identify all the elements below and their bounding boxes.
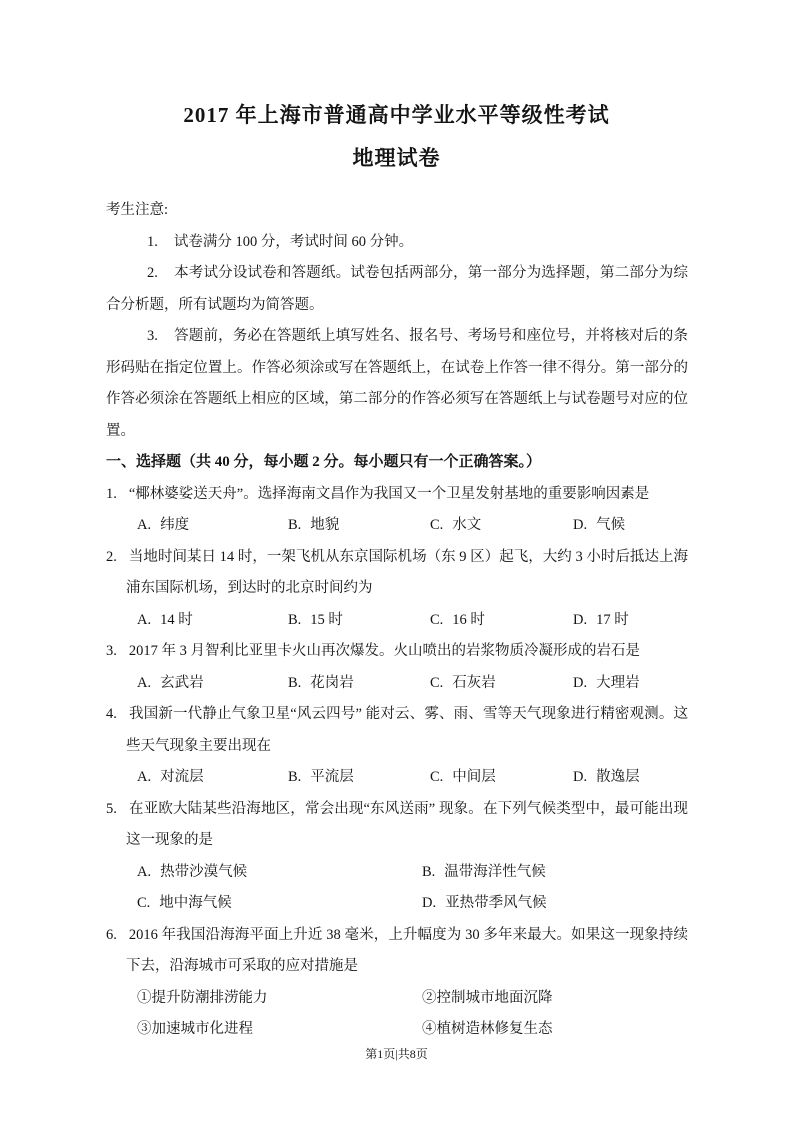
question-stem: 2016 年我国沿海海平面上升近 38 毫米，上升幅度为 30 多年来最大。如果…: [126, 927, 688, 975]
option-text: 散逸层: [596, 769, 640, 785]
option-label: B.: [288, 769, 301, 785]
option-text: 14 时: [160, 612, 193, 628]
option: D.大理岩: [573, 668, 688, 700]
option: D.气候: [573, 510, 688, 542]
option-text: 平流层: [310, 769, 354, 785]
question: 2.当地时间某日 14 时，一架飞机从东京国际机场（东 9 区）起飞，大约 3 …: [106, 542, 688, 637]
option-text: 对流层: [160, 769, 204, 785]
section-heading: 一、选择题（共 40 分，每小题 2 分。每小题只有一个正确答案。）: [106, 447, 688, 479]
question-number: 4.: [106, 706, 117, 722]
option: ②控制城市地面沉降: [422, 983, 688, 1015]
option: ③加速城市化进程: [137, 1014, 422, 1046]
option: A.热带沙漠气候: [137, 857, 422, 889]
option-text: 热带沙漠气候: [160, 864, 247, 880]
question: 5.在亚欧大陆某些沿海地区，常会出现“东风送雨” 现象。在下列气候类型中，最可能…: [106, 794, 688, 920]
option: B.花岗岩: [288, 668, 430, 700]
option: B.15 时: [288, 605, 430, 637]
option-text: 16 时: [452, 612, 485, 628]
notice-number: 1.: [147, 234, 158, 250]
option-text: 大理岩: [596, 675, 640, 691]
option: C.地中海气候: [137, 888, 422, 920]
option: ④植树造林修复生态: [422, 1014, 688, 1046]
option-label: D.: [573, 675, 587, 691]
option-text: ②控制城市地面沉降: [422, 990, 553, 1006]
option-label: A.: [137, 864, 151, 880]
options-row: A.热带沙漠气候B.温带海洋性气候C.地中海气候D.亚热带季风气候: [106, 857, 688, 920]
option-label: B.: [288, 517, 301, 533]
option: C.中间层: [430, 762, 573, 794]
option-label: B.: [288, 612, 301, 628]
question-text: 4.我国新一代静止气象卫星“风云四号” 能对云、雾、雨、雪等天气现象进行精密观测…: [106, 699, 688, 762]
options-row: A.玄武岩B.花岗岩C.石灰岩D.大理岩: [106, 668, 688, 700]
option: D.亚热带季风气候: [422, 888, 688, 920]
options-row: ①提升防潮排涝能力②控制城市地面沉降③加速城市化进程④植树造林修复生态: [106, 983, 688, 1046]
question-stem: 2017 年 3 月智利比亚里卡火山再次爆发。火山喷出的岩浆物质冷凝形成的岩石是: [129, 643, 640, 659]
notice-text: 答题前，务必在答题纸上填写姓名、报名号、考场号和座位号，并将核对后的条形码贴在指…: [106, 328, 688, 439]
notice-item: 2.本考试分设试卷和答题纸。试卷包括两部分，第一部分为选择题，第二部分为综合分析…: [106, 258, 688, 321]
option-label: A.: [137, 612, 151, 628]
option: C.石灰岩: [430, 668, 573, 700]
option-label: A.: [137, 675, 151, 691]
option-text: 17 时: [596, 612, 629, 628]
question: 4.我国新一代静止气象卫星“风云四号” 能对云、雾、雨、雪等天气现象进行精密观测…: [106, 699, 688, 794]
notice-text: 本考试分设试卷和答题纸。试卷包括两部分，第一部分为选择题，第二部分为综合分析题，…: [106, 265, 688, 313]
option-text: 石灰岩: [452, 675, 496, 691]
question-text: 3.2017 年 3 月智利比亚里卡火山再次爆发。火山喷出的岩浆物质冷凝形成的岩…: [106, 636, 688, 668]
question-number: 1.: [106, 486, 117, 502]
option-text: 纬度: [160, 517, 189, 533]
question: 3.2017 年 3 月智利比亚里卡火山再次爆发。火山喷出的岩浆物质冷凝形成的岩…: [106, 636, 688, 699]
option: C.水文: [430, 510, 573, 542]
question-stem: “椰林婆娑送天舟”。选择海南文昌作为我国又一个卫星发射基地的重要影响因素是: [129, 486, 649, 502]
option-label: C.: [430, 769, 443, 785]
options-row: A.14 时B.15 时C.16 时D.17 时: [106, 605, 688, 637]
question-text: 5.在亚欧大陆某些沿海地区，常会出现“东风送雨” 现象。在下列气候类型中，最可能…: [106, 794, 688, 857]
option: A.14 时: [137, 605, 288, 637]
notices-heading: 考生注意:: [106, 195, 688, 227]
notice-text: 试卷满分 100 分，考试时间 60 分钟。: [174, 234, 413, 250]
notice-item: 3.答题前，务必在答题纸上填写姓名、报名号、考场号和座位号，并将核对后的条形码贴…: [106, 321, 688, 447]
option-text: 地貌: [310, 517, 339, 533]
question-text: 2.当地时间某日 14 时，一架飞机从东京国际机场（东 9 区）起飞，大约 3 …: [106, 542, 688, 605]
option: B.地貌: [288, 510, 430, 542]
option: ①提升防潮排涝能力: [137, 983, 422, 1015]
option-text: ①提升防潮排涝能力: [137, 990, 268, 1006]
option-label: D.: [573, 612, 587, 628]
option-label: A.: [137, 517, 151, 533]
question-stem: 当地时间某日 14 时，一架飞机从东京国际机场（东 9 区）起飞，大约 3 小时…: [126, 549, 688, 597]
questions-list: 1.“椰林婆娑送天舟”。选择海南文昌作为我国又一个卫星发射基地的重要影响因素是A…: [106, 479, 688, 1046]
option-text: 气候: [596, 517, 625, 533]
question-text: 1.“椰林婆娑送天舟”。选择海南文昌作为我国又一个卫星发射基地的重要影响因素是: [106, 479, 688, 511]
option: D.散逸层: [573, 762, 688, 794]
option-text: 温带海洋性气候: [444, 864, 546, 880]
exam-subtitle: 地理试卷: [0, 143, 793, 173]
notice-number: 3.: [147, 328, 158, 344]
exam-title: 2017 年上海市普通高中学业水平等级性考试: [0, 0, 793, 130]
option-text: 玄武岩: [160, 675, 204, 691]
notices-list: 1.试卷满分 100 分，考试时间 60 分钟。2.本考试分设试卷和答题纸。试卷…: [106, 227, 688, 448]
option-label: D.: [573, 769, 587, 785]
page-number: 第1页|共8页: [0, 1044, 793, 1064]
options-row: A.对流层B.平流层C.中间层D.散逸层: [106, 762, 688, 794]
option: D.17 时: [573, 605, 688, 637]
option-text: 中间层: [452, 769, 496, 785]
exam-body: 考生注意: 1.试卷满分 100 分，考试时间 60 分钟。2.本考试分设试卷和…: [106, 195, 688, 1046]
option-label: C.: [430, 675, 443, 691]
question-number: 3.: [106, 643, 117, 659]
option-text: 亚热带季风气候: [445, 895, 547, 911]
exam-page: 2017 年上海市普通高中学业水平等级性考试 地理试卷 考生注意: 1.试卷满分…: [0, 0, 793, 1122]
option-text: 15 时: [310, 612, 343, 628]
option-label: C.: [430, 517, 443, 533]
option: A.纬度: [137, 510, 288, 542]
option-text: 花岗岩: [310, 675, 354, 691]
option-text: ④植树造林修复生态: [422, 1021, 553, 1037]
notice-number: 2.: [147, 265, 158, 281]
option-label: C.: [430, 612, 443, 628]
question: 1.“椰林婆娑送天舟”。选择海南文昌作为我国又一个卫星发射基地的重要影响因素是A…: [106, 479, 688, 542]
question-stem: 我国新一代静止气象卫星“风云四号” 能对云、雾、雨、雪等天气现象进行精密观测。这…: [126, 706, 688, 754]
option: A.玄武岩: [137, 668, 288, 700]
option-text: 水文: [452, 517, 481, 533]
question-number: 5.: [106, 801, 117, 817]
option-label: C.: [137, 895, 150, 911]
option: C.16 时: [430, 605, 573, 637]
option-text: ③加速城市化进程: [137, 1021, 253, 1037]
option-label: B.: [288, 675, 301, 691]
question-text: 6.2016 年我国沿海海平面上升近 38 毫米，上升幅度为 30 多年来最大。…: [106, 920, 688, 983]
option-text: 地中海气候: [159, 895, 232, 911]
option-label: B.: [422, 864, 435, 880]
notice-item: 1.试卷满分 100 分，考试时间 60 分钟。: [106, 227, 688, 259]
option: A.对流层: [137, 762, 288, 794]
option: B.平流层: [288, 762, 430, 794]
question-number: 6.: [106, 927, 117, 943]
question: 6.2016 年我国沿海海平面上升近 38 毫米，上升幅度为 30 多年来最大。…: [106, 920, 688, 1046]
option-label: D.: [573, 517, 587, 533]
question-number: 2.: [106, 549, 117, 565]
option: B.温带海洋性气候: [422, 857, 688, 889]
options-row: A.纬度B.地貌C.水文D.气候: [106, 510, 688, 542]
option-label: D.: [422, 895, 436, 911]
option-label: A.: [137, 769, 151, 785]
question-stem: 在亚欧大陆某些沿海地区，常会出现“东风送雨” 现象。在下列气候类型中，最可能出现…: [126, 801, 688, 849]
